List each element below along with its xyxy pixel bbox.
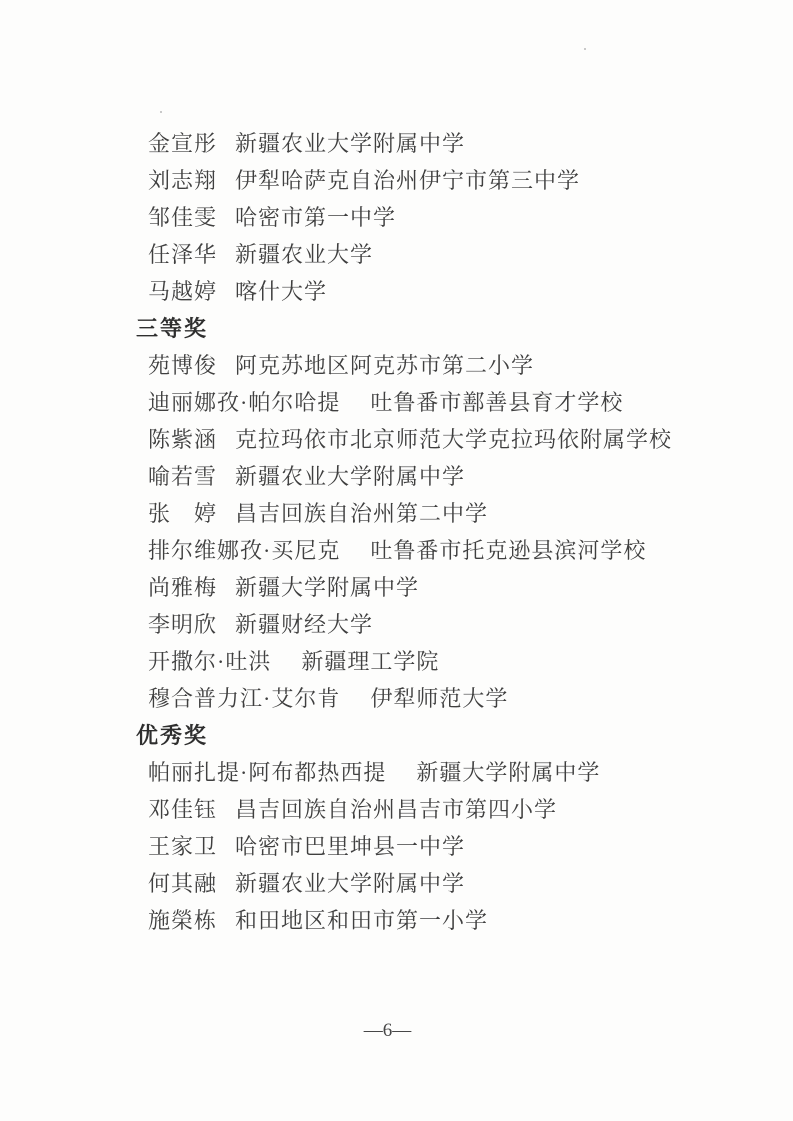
name-school-gap bbox=[217, 520, 235, 521]
winner-name: 施榮栋 bbox=[148, 908, 217, 933]
winner-name: 排尔维娜孜·买尼克 bbox=[148, 538, 340, 563]
name-school-gap bbox=[217, 261, 235, 262]
school-name: 克拉玛依市北京师范大学克拉玛依附属学校 bbox=[235, 427, 672, 452]
name-school-gap bbox=[217, 150, 235, 151]
name-school-gap bbox=[217, 224, 235, 225]
school-name: 喀什大学 bbox=[235, 279, 327, 304]
school-name: 新疆理工学院 bbox=[301, 649, 439, 674]
winner-name: 帕丽扎提·阿布都热西提 bbox=[148, 760, 386, 785]
award-tier-header: 三等奖 bbox=[136, 316, 208, 342]
award-entry-row: 何其融新疆农业大学附属中学 bbox=[148, 871, 465, 897]
name-school-gap bbox=[217, 631, 235, 632]
winner-name: 马越婷 bbox=[148, 279, 217, 304]
school-name: 吐鲁番市鄯善县育才学校 bbox=[370, 390, 623, 415]
school-name: 昌吉回族自治州昌吉市第四小学 bbox=[235, 797, 557, 822]
award-entry-row: 穆合普力江·艾尔肯伊犁师范大学 bbox=[148, 686, 508, 712]
award-entry-row: 任泽华新疆农业大学 bbox=[148, 242, 373, 268]
name-school-gap bbox=[217, 594, 235, 595]
name-school-gap bbox=[386, 779, 416, 780]
school-name: 新疆农业大学附属中学 bbox=[235, 131, 465, 156]
award-entry-row: 帕丽扎提·阿布都热西提新疆大学附属中学 bbox=[148, 760, 600, 786]
award-entry-row: 喻若雪新疆农业大学附属中学 bbox=[148, 464, 465, 490]
name-school-gap bbox=[340, 409, 370, 410]
school-name: 哈密市第一中学 bbox=[235, 205, 396, 230]
award-entry-row: 张 婷昌吉回族自治州第二中学 bbox=[148, 501, 488, 527]
school-name: 昌吉回族自治州第二中学 bbox=[235, 501, 488, 526]
name-school-gap bbox=[340, 705, 370, 706]
school-name: 和田地区和田市第一小学 bbox=[235, 908, 488, 933]
winner-name: 金宣彤 bbox=[148, 131, 217, 156]
winner-name: 苑博俊 bbox=[148, 353, 217, 378]
award-entry-row: 开撒尔·吐洪新疆理工学院 bbox=[148, 649, 439, 675]
school-name: 新疆农业大学附属中学 bbox=[235, 464, 465, 489]
winner-name: 王家卫 bbox=[148, 834, 217, 859]
name-school-gap bbox=[217, 446, 235, 447]
name-school-gap bbox=[217, 483, 235, 484]
school-name: 新疆财经大学 bbox=[235, 612, 373, 637]
scan-speck bbox=[584, 48, 586, 50]
name-school-gap bbox=[271, 668, 301, 669]
winner-name: 尚雅梅 bbox=[148, 575, 217, 600]
award-entry-row: 施榮栋和田地区和田市第一小学 bbox=[148, 908, 488, 934]
winner-name: 邹佳雯 bbox=[148, 205, 217, 230]
name-school-gap bbox=[217, 298, 235, 299]
page-number: —6— bbox=[0, 1020, 793, 1042]
school-name: 新疆农业大学附属中学 bbox=[235, 871, 465, 896]
winner-name: 邓佳钰 bbox=[148, 797, 217, 822]
document-page: 金宣彤新疆农业大学附属中学 刘志翔伊犁哈萨克自治州伊宁市第三中学 邹佳雯哈密市第… bbox=[0, 0, 793, 1121]
award-tier-header: 优秀奖 bbox=[136, 723, 208, 749]
award-entry-row: 苑博俊阿克苏地区阿克苏市第二小学 bbox=[148, 353, 534, 379]
school-name: 伊犁哈萨克自治州伊宁市第三中学 bbox=[235, 168, 580, 193]
name-school-gap bbox=[217, 927, 235, 928]
award-entry-row: 尚雅梅新疆大学附属中学 bbox=[148, 575, 419, 601]
winner-name: 穆合普力江·艾尔肯 bbox=[148, 686, 340, 711]
award-entry-row: 排尔维娜孜·买尼克吐鲁番市托克逊县滨河学校 bbox=[148, 538, 646, 564]
award-entry-row: 马越婷喀什大学 bbox=[148, 279, 327, 305]
winner-name: 陈紫涵 bbox=[148, 427, 217, 452]
award-entry-row: 李明欣新疆财经大学 bbox=[148, 612, 373, 638]
award-entry-row: 邓佳钰昌吉回族自治州昌吉市第四小学 bbox=[148, 797, 557, 823]
award-entry-row: 金宣彤新疆农业大学附属中学 bbox=[148, 131, 465, 157]
school-name: 新疆大学附属中学 bbox=[416, 760, 600, 785]
school-name: 伊犁师范大学 bbox=[370, 686, 508, 711]
name-school-gap bbox=[217, 890, 235, 891]
school-name: 吐鲁番市托克逊县滨河学校 bbox=[370, 538, 646, 563]
winner-name: 任泽华 bbox=[148, 242, 217, 267]
award-entry-row: 刘志翔伊犁哈萨克自治州伊宁市第三中学 bbox=[148, 168, 580, 194]
winner-name: 开撒尔·吐洪 bbox=[148, 649, 271, 674]
winner-name: 张 婷 bbox=[148, 501, 217, 526]
school-name: 新疆农业大学 bbox=[235, 242, 373, 267]
winner-name: 迪丽娜孜·帕尔哈提 bbox=[148, 390, 340, 415]
name-school-gap bbox=[340, 557, 370, 558]
winner-name: 喻若雪 bbox=[148, 464, 217, 489]
school-name: 新疆大学附属中学 bbox=[235, 575, 419, 600]
name-school-gap bbox=[217, 816, 235, 817]
school-name: 哈密市巴里坤县一中学 bbox=[235, 834, 465, 859]
award-entry-row: 邹佳雯哈密市第一中学 bbox=[148, 205, 396, 231]
award-entry-row: 迪丽娜孜·帕尔哈提吐鲁番市鄯善县育才学校 bbox=[148, 390, 623, 416]
name-school-gap bbox=[217, 853, 235, 854]
name-school-gap bbox=[217, 187, 235, 188]
award-entry-row: 王家卫哈密市巴里坤县一中学 bbox=[148, 834, 465, 860]
scan-speck bbox=[160, 111, 162, 113]
winner-name: 李明欣 bbox=[148, 612, 217, 637]
award-entry-row: 陈紫涵克拉玛依市北京师范大学克拉玛依附属学校 bbox=[148, 427, 672, 453]
school-name: 阿克苏地区阿克苏市第二小学 bbox=[235, 353, 534, 378]
name-school-gap bbox=[217, 372, 235, 373]
winner-name: 刘志翔 bbox=[148, 168, 217, 193]
winner-name: 何其融 bbox=[148, 871, 217, 896]
